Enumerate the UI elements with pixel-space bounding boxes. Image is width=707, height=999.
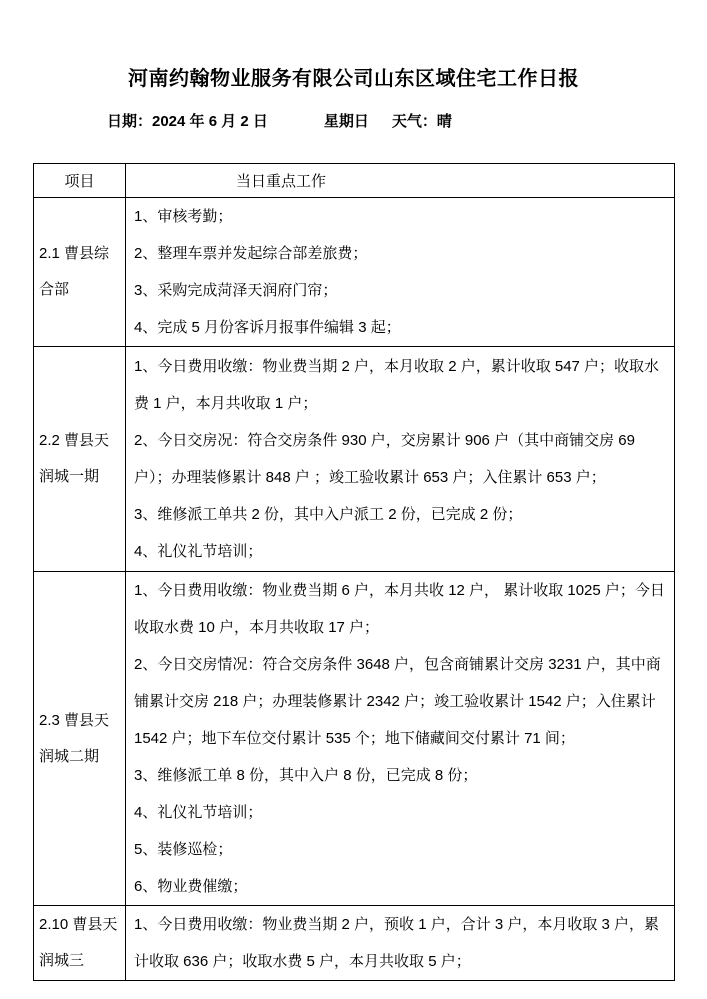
work-item: 1、今日费用收缴：物业费当期 2 户，本月收取 2 户，累计收取 547 户；收… (134, 348, 668, 422)
column-header-project: 项目 (34, 164, 126, 198)
column-header-work: 当日重点工作 (126, 164, 675, 198)
work-item: 2、今日交房况：符合交房条件 930 户，交房累计 906 户（其中商铺交房 6… (134, 422, 668, 496)
work-item: 1、今日费用收缴：物业费当期 6 户，本月共收 12 户， 累计收取 1025 … (134, 572, 668, 646)
date-line: 日期：2024 年 6 月 2 日星期日天气：晴 (107, 111, 707, 132)
table-row: 2.2 曹县天润城一期 1、今日费用收缴：物业费当期 2 户，本月收取 2 户，… (34, 347, 675, 572)
work-item: 1、审核考勤； (134, 198, 668, 235)
work-items-cell: 1、今日费用收缴：物业费当期 6 户，本月共收 12 户， 累计收取 1025 … (126, 572, 675, 906)
work-item: 1、今日费用收缴：物业费当期 2 户，预收 1 户，合计 3 户，本月收取 3 … (134, 906, 668, 980)
project-name: 2.10 曹县天润城三 (34, 906, 126, 981)
work-item: 4、礼仪礼节培训； (134, 794, 668, 831)
work-items-cell: 1、审核考勤； 2、整理车票并发起综合部差旅费； 3、采购完成菏泽天润府门帘； … (126, 198, 675, 347)
work-item: 5、装修巡检； (134, 831, 668, 868)
work-items-cell: 1、今日费用收缴：物业费当期 2 户，本月收取 2 户，累计收取 547 户；收… (126, 347, 675, 572)
work-item: 2、整理车票并发起综合部差旅费； (134, 235, 668, 272)
work-item: 3、维修派工单共 2 份，其中入户派工 2 份，已完成 2 份； (134, 496, 668, 533)
work-item: 4、完成 5 月份客诉月报事件编辑 3 起； (134, 309, 668, 346)
table-row: 2.10 曹县天润城三 1、今日费用收缴：物业费当期 2 户，预收 1 户，合计… (34, 906, 675, 981)
table-row: 2.3 曹县天润城二期 1、今日费用收缴：物业费当期 6 户，本月共收 12 户… (34, 572, 675, 906)
work-item: 2、今日交房情况：符合交房条件 3648 户，包含商铺累计交房 3231 户，其… (134, 646, 668, 757)
table-header-row: 项目 当日重点工作 (34, 164, 675, 198)
work-item: 3、采购完成菏泽天润府门帘； (134, 272, 668, 309)
project-name: 2.2 曹县天润城一期 (34, 347, 126, 572)
table-row: 2.1 曹县综合部 1、审核考勤； 2、整理车票并发起综合部差旅费； 3、采购完… (34, 198, 675, 347)
project-name: 2.1 曹县综合部 (34, 198, 126, 347)
weather-label: 天气：晴 (392, 111, 452, 132)
date-label: 日期：2024 年 6 月 2 日 (107, 113, 268, 130)
daily-report-table: 项目 当日重点工作 2.1 曹县综合部 1、审核考勤； 2、整理车票并发起综合部… (33, 163, 675, 981)
work-item: 4、礼仪礼节培训； (134, 533, 668, 570)
work-item: 3、维修派工单 8 份，其中入户 8 份，已完成 8 份； (134, 757, 668, 794)
page-title: 河南约翰物业服务有限公司山东区域住宅工作日报 (0, 0, 707, 94)
work-item: 6、物业费催缴； (134, 868, 668, 905)
weekday-label: 星期日 (324, 111, 369, 132)
project-name: 2.3 曹县天润城二期 (34, 572, 126, 906)
work-items-cell: 1、今日费用收缴：物业费当期 2 户，预收 1 户，合计 3 户，本月收取 3 … (126, 906, 675, 981)
